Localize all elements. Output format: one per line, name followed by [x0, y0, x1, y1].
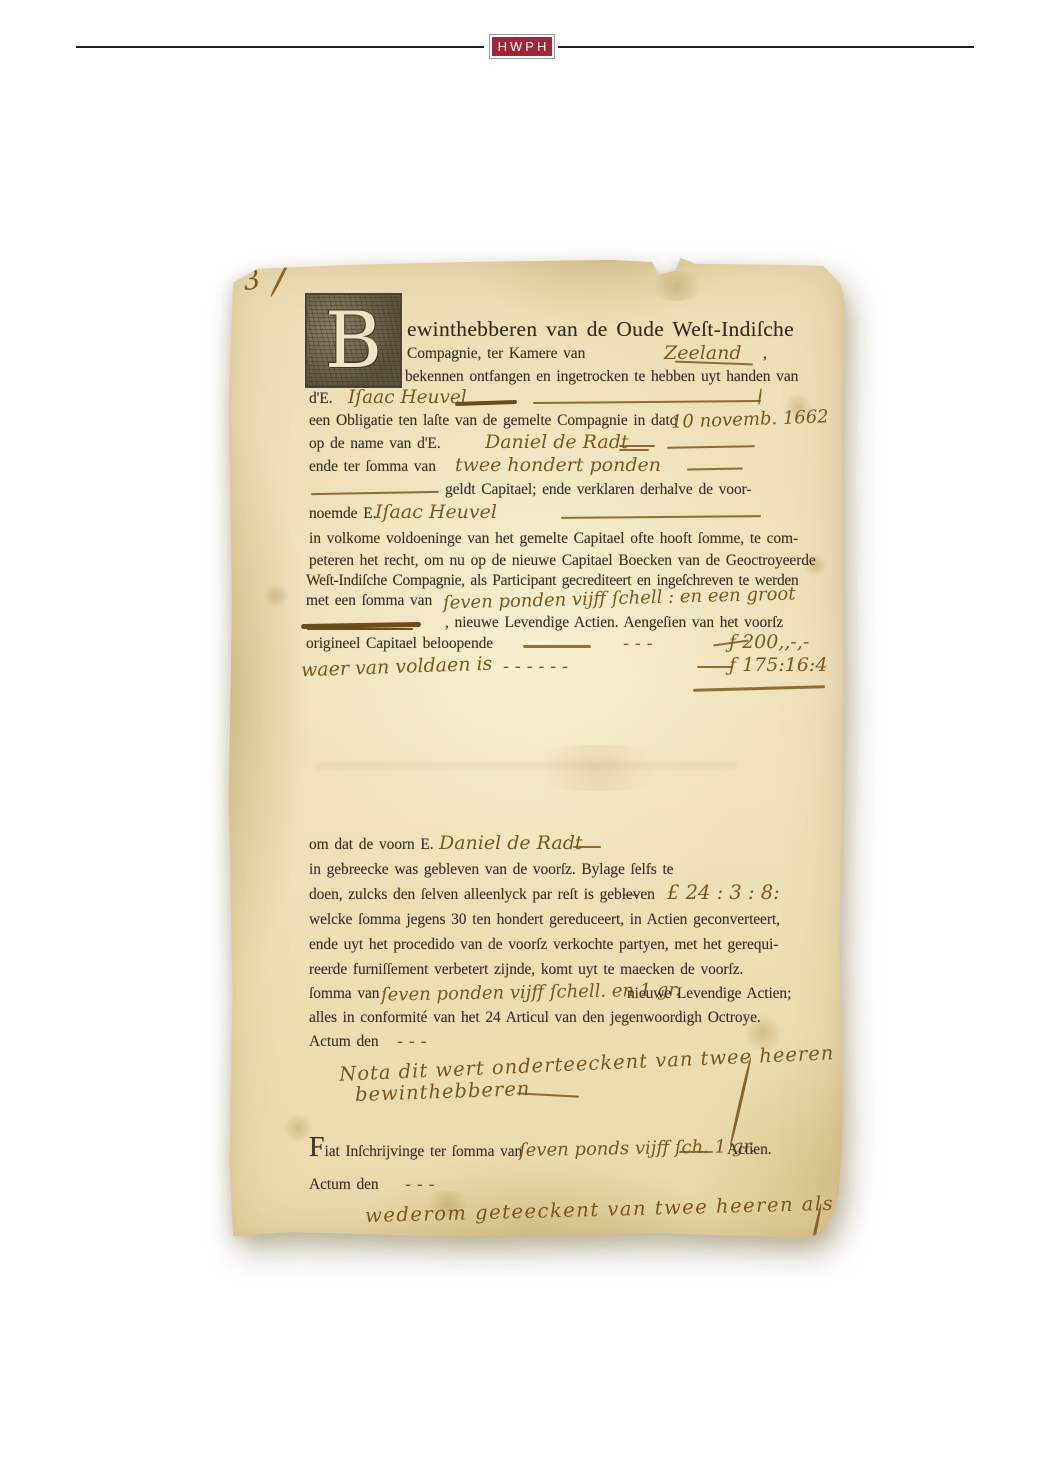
printed-line-21: ende uyt het procedido van de voorſz ver…: [309, 936, 778, 954]
ink-rule: [311, 491, 439, 495]
ink-rule: [619, 449, 649, 451]
handwritten-note-2: bewinthebberen: [355, 1077, 531, 1106]
printed-line-22: reerde furniſſement verbetert zijnde, ko…: [309, 961, 743, 979]
handwritten-name-1: Iſaac Heuvel: [348, 387, 467, 408]
show-through-smudge: [317, 762, 737, 770]
printed-fiat: Fiat Inſchrijvinge ter ſomma van: [309, 1141, 522, 1161]
ink-rule: [561, 515, 761, 519]
handwritten-name-4: Daniel de Radt: [439, 832, 583, 854]
amount-par-rest: £ 24 : 3 : 8:: [667, 881, 780, 904]
printed-line-23a: ſomma van: [309, 985, 379, 1003]
amount-underline: [693, 685, 825, 691]
amount-paid: ƒ 175:16:4: [729, 654, 827, 676]
page-number-annotation: 3: [240, 264, 262, 298]
printed-line-20: welcke ſomma jegens 30 ten hondert gered…: [309, 911, 780, 929]
printed-line-18: in gebreecke was gebleven van de voorſz.…: [309, 861, 673, 879]
printed-line-17: om dat de voorn E.: [309, 836, 434, 854]
printed-line-23b: nieuwe Levendige Actien;: [627, 985, 791, 1003]
printed-line-14: , nieuwe Levendige Actien. Aengeſien van…: [445, 614, 783, 632]
printed-line-13: met een ſomma van: [306, 592, 432, 610]
catalog-page: { "header": { "logo_text": "HWPH" }, "co…: [0, 0, 1040, 1471]
printed-line-6: op de name van d'E.: [309, 435, 441, 453]
printed-line-5: een Obligatie ten laſte van de gemelte C…: [309, 412, 677, 430]
printed-line-8: geldt Capitael; ende verklaren derhalve …: [445, 481, 751, 499]
printed-line-10: in volkome voldoeninge van het gemelte C…: [309, 530, 798, 548]
header-rule-left: [76, 46, 484, 48]
printed-line-3: bekennen ontfangen en ingetrocken te heb…: [405, 368, 798, 386]
page-number-slash: [270, 259, 292, 298]
ink-rule: [619, 445, 655, 447]
printed-line-24: alles in conformité van het 24 Articul v…: [309, 1009, 761, 1027]
ink-tick: [758, 388, 762, 405]
hwph-logo-text: HWPH: [492, 37, 552, 56]
ink-rule: [573, 846, 601, 848]
ink-rule: [679, 1151, 713, 1153]
printed-line-4: d'E.: [309, 390, 333, 408]
age-spot: [647, 271, 707, 301]
strikethrough-scribble: [307, 628, 413, 630]
handwritten-name-3: Iſaac Heuvel: [375, 501, 497, 523]
handwritten-dashes: - - -: [623, 633, 653, 654]
printed-actum-2: Actum den: [309, 1176, 379, 1194]
strikethrough-mark: [455, 400, 517, 406]
printed-comma: ,: [763, 345, 767, 363]
ink-rule: [697, 666, 733, 668]
printed-line-15: origineel Capitael beloopende: [306, 635, 493, 653]
ink-rule: [533, 400, 761, 404]
scanned-document: 3 B ewinthebberen van de Oude Weſt-Indiſ…: [227, 257, 845, 1240]
printed-line-9: noemde E.: [309, 505, 376, 523]
handwritten-date: 10 novemb. 1662: [671, 406, 829, 432]
printed-line-7: ende ter ſomma van: [309, 458, 436, 476]
handwritten-dashes: - - -: [405, 1174, 435, 1195]
document-paper: 3 B ewinthebberen van de Oude Weſt-Indiſ…: [227, 257, 845, 1240]
handwritten-dashes: - - -: [397, 1031, 427, 1052]
printed-actum-1: Actum den: [309, 1033, 379, 1051]
heading-line: ewinthebberen van de Oude Weſt-Indiſche: [407, 317, 794, 342]
ink-rule: [523, 645, 591, 648]
hwph-logo: HWPH: [489, 34, 555, 59]
printed-actien: Actien.: [727, 1141, 772, 1159]
handwritten-sum-words: twee hondert ponden: [455, 454, 661, 476]
handwritten-dashes: - - - - - -: [503, 656, 568, 677]
ink-rule: [687, 468, 743, 471]
header-rule-right: [558, 46, 974, 48]
handwritten-fiat-sum: ſeven ponds vijff ſch. 1 gr.: [519, 1136, 756, 1161]
handwritten-name-2: Daniel de Radt: [485, 431, 629, 453]
printed-line-11: peteren het recht, om nu op de nieuwe Ca…: [309, 552, 816, 570]
printed-line-2: Compagnie, ter Kamere van: [407, 345, 585, 363]
printed-dash: —: [623, 886, 638, 904]
printed-line-19: doen, zulcks den ſelven alleenlyck par r…: [309, 886, 655, 904]
ink-rule: [667, 445, 755, 449]
